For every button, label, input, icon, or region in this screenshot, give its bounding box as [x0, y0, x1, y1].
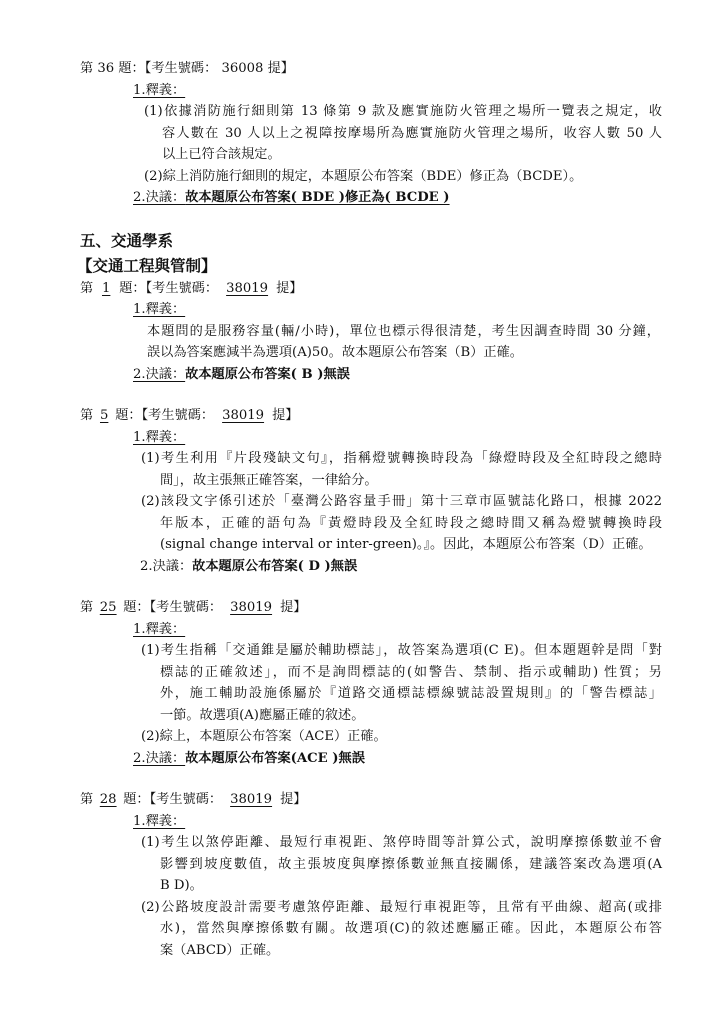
- course-heading: 【交通工程與管制】: [77, 253, 662, 278]
- question-number: 28: [93, 789, 123, 811]
- paragraph-line: 標誌的正確敘述」，而不是詢問標誌的(如警告、禁制、指示或輔助) 性質；另: [160, 662, 662, 684]
- explanation-label: 1.釋義：: [133, 83, 185, 98]
- question-header: 第5題：【考生號碼：38019提】: [80, 405, 662, 427]
- paragraph-line: B D)。: [160, 878, 203, 893]
- question-28: 第28題：【考生號碼：38019提】 1.釋義： (1)考生以煞停距離、最短行車…: [80, 789, 662, 961]
- decision-label: 2.決議：: [133, 751, 185, 766]
- document-page: 第 36 題：【考生號碼： 36008 提】 1.釋義： (1)依據消防施行細則…: [80, 58, 662, 961]
- question-header: 第1題：【考生號碼：38019提】: [80, 278, 662, 300]
- question-number: 1: [93, 278, 119, 300]
- paragraph-line: 案（ABCD）正確。: [160, 943, 279, 958]
- examinee-number: 38019: [218, 278, 276, 300]
- question-36: 第 36 題：【考生號碼： 36008 提】 1.釋義： (1)依據消防施行細則…: [80, 58, 662, 209]
- paragraph-line: (signal change interval or inter-green)。…: [160, 537, 652, 552]
- decision-label: 2.決議：: [140, 559, 192, 574]
- question-number: 5: [93, 405, 115, 427]
- question-25: 第25題：【考生號碼：38019提】 1.釋義： (1)考生指稱「交通錐是屬於輔…: [80, 597, 662, 769]
- paragraph-line: (1)考生利用『片段殘缺文句』，指稱燈號轉換時段為「綠燈時段及全紅時段之總時: [141, 448, 662, 470]
- paragraph-line: (2)綜上，本題原公布答案（ACE）正確。: [141, 729, 387, 744]
- paragraph-line: 以上已符合該規定。: [162, 147, 281, 162]
- paragraph-line: (1)依據消防施行細則第 13 條第 9 款及應實施防火管理之場所一覽表之規定，…: [144, 101, 662, 123]
- paragraph-line: (1)考生以煞停距離、最短行車視距、煞停時間等計算公式，說明摩擦係數並不會: [141, 832, 662, 854]
- paragraph-line: 影響到坡度數值，故主張坡度與摩擦係數並無直接關係，建議答案改為選項(A: [160, 854, 662, 876]
- examinee-number: 38019: [222, 597, 280, 619]
- paragraph-line: (1)考生指稱「交通錐是屬於輔助標誌」，故答案為選項(C E)。但本題題幹是問「…: [141, 640, 662, 662]
- decision-text: 故本題原公布答案( D )無誤: [192, 559, 357, 574]
- decision-line: 2.決議：故本題原公布答案(ACE )無誤: [80, 748, 662, 770]
- paragraph-line: 容人數在 30 人以上之視障按摩場所為應實施防火管理之場所，收容人數 50 人: [162, 123, 662, 145]
- department-heading: 五、交通學系: [80, 229, 662, 253]
- decision-line: 2.決議：故本題原公布答案( BDE )修正為( BCDE ): [80, 187, 662, 209]
- decision-text: 故本題原公布答案(ACE )無誤: [185, 751, 365, 766]
- question-header: 第 36 題：【考生號碼： 36008 提】: [80, 58, 662, 80]
- paragraph-line: 誤以為答案應減半為選項(A)50。故本題原公布答案（B）正確。: [147, 345, 523, 360]
- question-5: 第5題：【考生號碼：38019提】 1.釋義： (1)考生利用『片段殘缺文句』，…: [80, 405, 662, 577]
- paragraph-line: (2)綜上消防施行細則的規定，本題原公布答案（BDE）修正為（BCDE）。: [144, 169, 582, 184]
- question-1: 第1題：【考生號碼：38019提】 1.釋義： 本題問的是服務容量(輛/小時)，…: [80, 278, 662, 386]
- decision-label: 2.決議：: [133, 367, 185, 382]
- decision-line: 2.決議：故本題原公布答案( D )無誤: [80, 556, 662, 578]
- paragraph-line: 本題問的是服務容量(輛/小時)，單位也標示得很清楚，考生因調查時間 30 分鐘，: [147, 321, 660, 343]
- paragraph-line: 間」，故主張無正確答案，一律給分。: [160, 473, 378, 488]
- paragraph-line: (2)該段文字係引述於「臺灣公路容量手冊」第十三章市區號誌化路口，根據 2022: [141, 491, 662, 513]
- question-number: 25: [93, 597, 123, 619]
- question-header: 第25題：【考生號碼：38019提】: [80, 597, 662, 619]
- question-header: 第28題：【考生號碼：38019提】: [80, 789, 662, 811]
- decision-text: 故本題原公布答案( BDE )修正為( BCDE ): [185, 190, 449, 205]
- paragraph-line: (2)公路坡度設計需要考慮煞停距離、最短行車視距等，且常有平曲線、超高(或排: [141, 897, 662, 919]
- paragraph-line: 水)，當然與摩擦係數有關。故選項(C)的敘述應屬正確。因此，本題原公布答: [160, 918, 662, 940]
- paragraph-line: 一節。故選項(A)應屬正確的敘述。: [160, 708, 364, 723]
- decision-line: 2.決議：故本題原公布答案( B )無誤: [80, 364, 662, 386]
- paragraph-line: 外，施工輔助設施係屬於『道路交通標誌標線號誌設置規則』的「警告標誌」: [160, 683, 662, 705]
- explanation-label: 1.釋義：: [133, 302, 185, 317]
- explanation-label: 1.釋義：: [133, 814, 185, 829]
- explanation-label: 1.釋義：: [133, 622, 185, 637]
- examinee-number: 38019: [214, 405, 272, 427]
- explanation-label: 1.釋義：: [133, 430, 185, 445]
- decision-text: 故本題原公布答案( B )無誤: [185, 367, 350, 382]
- decision-label: 2.決議：: [133, 190, 185, 205]
- question-number: 36: [97, 61, 114, 76]
- examinee-number: 36008: [221, 61, 263, 76]
- paragraph-line: 年版本，正確的語句為『黃燈時段及全紅時段之總時間又稱為燈號轉換時段: [160, 513, 662, 535]
- examinee-number: 38019: [222, 789, 280, 811]
